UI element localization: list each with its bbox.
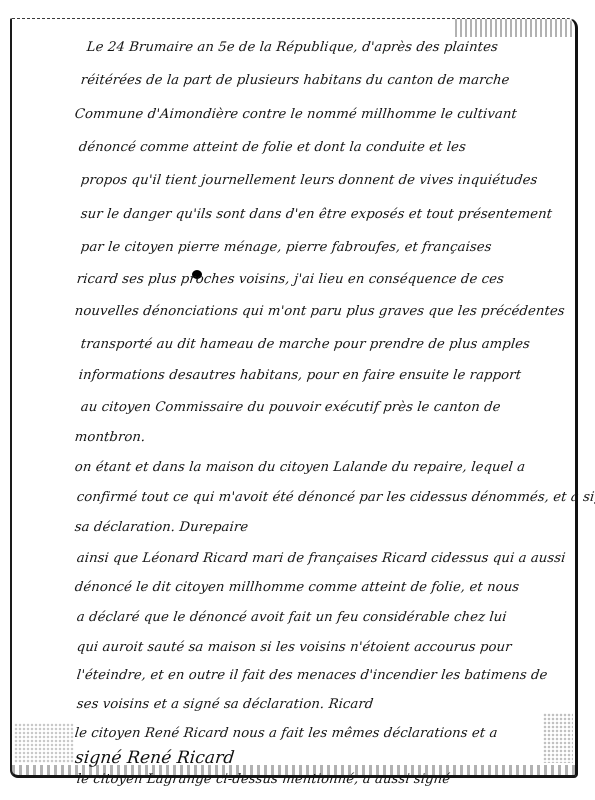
text-line: sa déclaration. Durepaire [74, 520, 249, 535]
signature-line: signé René Ricard [74, 748, 235, 768]
text-line: dénoncé le dit citoyen millhomme comme a… [74, 580, 520, 595]
text-line: le citoyen René Ricard nous a fait les m… [74, 726, 498, 741]
text-line: confirmé tout ce qui m'avoit été dénoncé… [76, 490, 595, 505]
paper-stain [543, 713, 573, 763]
text-line: ses voisins et a signé sa déclaration. R… [76, 697, 374, 712]
text-line: ainsi que Léonard Ricard mari de françai… [76, 551, 566, 566]
text-line: Commune d'Aimondière contre le nommé mil… [74, 107, 518, 122]
text-line: Le 24 Brumaire an 5e de la République, d… [86, 40, 499, 55]
text-line: par le citoyen pierre ménage, pierre fab… [80, 240, 492, 255]
text-line: réitérées de la part de plusieurs habita… [80, 73, 510, 88]
text-line: montbron. [74, 430, 146, 445]
text-line: l'éteindre, et en outre il fait des mena… [76, 668, 548, 683]
manuscript-page [10, 18, 578, 778]
text-line: propos qu'il tient journellement leurs d… [80, 173, 538, 188]
paper-stain [14, 723, 74, 763]
text-line: ricard ses plus proches voisins, j'ai li… [76, 272, 505, 287]
text-line: on étant et dans la maison du citoyen La… [74, 460, 526, 475]
text-line: au citoyen Commissaire du pouvoir exécut… [80, 400, 501, 415]
text-line: le citoyen Lagrange ci-dessus mentionné,… [76, 772, 451, 787]
text-line: informations desautres habitans, pour en… [78, 368, 522, 383]
text-line: dénoncé comme atteint de folie et dont l… [78, 140, 467, 155]
text-line: nouvelles dénonciations qui m'ont paru p… [74, 304, 565, 319]
text-line: a déclaré que le dénoncé avoit fait un f… [76, 610, 507, 625]
text-line: transporté au dit hameau de marche pour … [80, 337, 531, 352]
text-line: qui auroit sauté sa maison si les voisin… [76, 640, 512, 655]
text-line: sur le danger qu'ils sont dans d'en être… [80, 207, 553, 222]
